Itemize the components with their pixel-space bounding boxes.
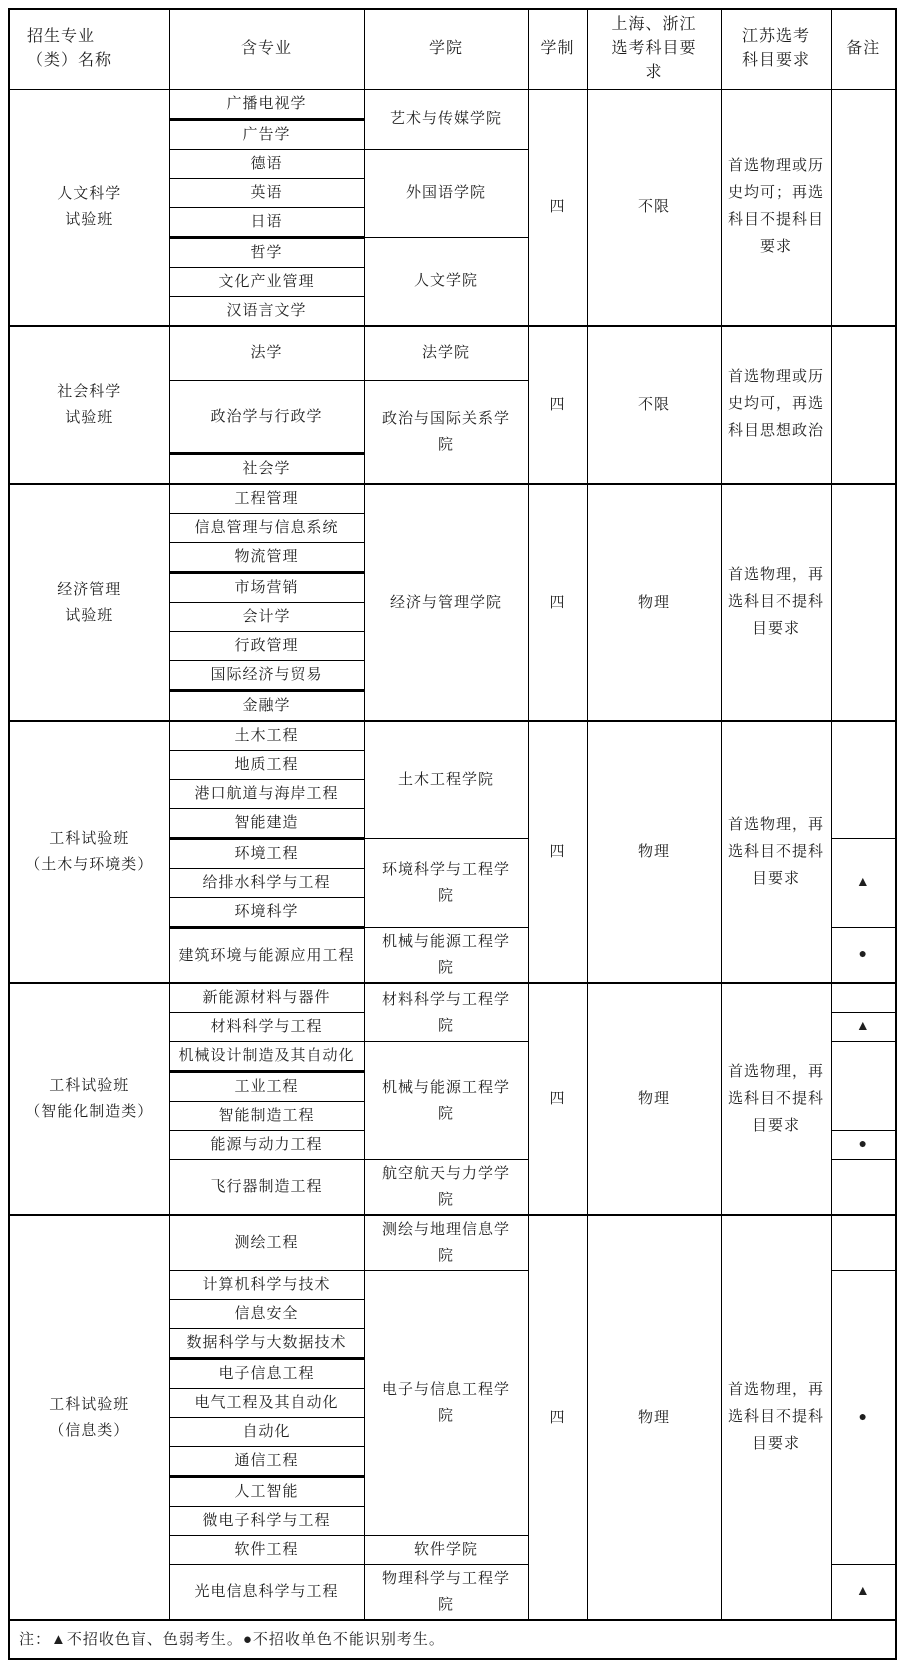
major-cell: 信息安全 [169, 1300, 364, 1329]
college-cell: 经济与管理学院 [364, 484, 528, 721]
duration-cell: 四 [528, 484, 587, 721]
js-subject-cell: 首选物理或历 史均可；再选 科目不提科目 要求 [721, 89, 831, 326]
major-cell: 电气工程及其自动化 [169, 1389, 364, 1418]
college-cell: 软件学院 [364, 1536, 528, 1565]
major-cell: 人工智能 [169, 1477, 364, 1507]
remark-cell [831, 983, 896, 1013]
major-cell: 信息管理与信息系统 [169, 514, 364, 543]
shzj-subject-cell: 不限 [587, 89, 721, 326]
category-cell: 社会科学 试验班 [9, 326, 169, 485]
major-cell: 土木工程 [169, 721, 364, 751]
major-row: 经济管理 试验班 工程管理 经济与管理学院 四 物理 首选物理，再 选科目不提科… [9, 484, 896, 514]
js-subject-cell: 首选物理，再 选科目不提科 目要求 [721, 484, 831, 721]
major-cell: 自动化 [169, 1418, 364, 1447]
major-cell: 建筑环境与能源应用工程 [169, 928, 364, 984]
header-col-js-subjects: 江苏选考 科目要求 [721, 9, 831, 89]
major-cell: 文化产业管理 [169, 267, 364, 296]
major-cell: 环境工程 [169, 839, 364, 869]
major-cell: 能源与动力工程 [169, 1131, 364, 1160]
header-col-majors: 含专业 [169, 9, 364, 89]
college-cell: 机械与能源工程学 院 [364, 928, 528, 984]
major-cell: 金融学 [169, 691, 364, 722]
remark-cell [831, 89, 896, 326]
remark-cell: ▲ [831, 1013, 896, 1042]
major-cell: 地质工程 [169, 751, 364, 780]
remark-cell [831, 1215, 896, 1271]
js-subject-cell: 首选物理，再 选科目不提科 目要求 [721, 721, 831, 983]
college-cell: 法学院 [364, 326, 528, 381]
major-cell: 广播电视学 [169, 89, 364, 119]
category-cell: 工科试验班 （信息类） [9, 1215, 169, 1620]
major-cell: 工业工程 [169, 1072, 364, 1102]
major-row: 人文科学 试验班 广播电视学 艺术与传媒学院 四 不限 首选物理或历 史均可；再… [9, 89, 896, 119]
major-row: 工科试验班 （智能化制造类） 新能源材料与器件 材料科学与工程学 院 四 物理 … [9, 983, 896, 1013]
major-cell: 物流管理 [169, 543, 364, 573]
duration-cell: 四 [528, 1215, 587, 1620]
major-cell: 社会学 [169, 454, 364, 485]
college-cell: 人文学院 [364, 237, 528, 326]
college-cell: 测绘与地理信息学 院 [364, 1215, 528, 1271]
college-cell: 外国语学院 [364, 149, 528, 237]
major-cell: 日语 [169, 207, 364, 237]
college-cell: 政治与国际关系学 院 [364, 381, 528, 485]
header-row: 招生专业 （类）名称 含专业 学院 学制 上海、浙江 选考科目要 求 江苏选考 … [9, 9, 896, 89]
duration-cell: 四 [528, 721, 587, 983]
major-cell: 电子信息工程 [169, 1359, 364, 1389]
major-cell: 港口航道与海岸工程 [169, 780, 364, 809]
major-cell: 法学 [169, 326, 364, 381]
major-row: 工科试验班 （土木与环境类） 土木工程 土木工程学院 四 物理 首选物理，再 选… [9, 721, 896, 751]
college-cell: 机械与能源工程学 院 [364, 1042, 528, 1160]
major-cell: 智能建造 [169, 809, 364, 839]
major-cell: 通信工程 [169, 1447, 364, 1477]
remark-cell: ▲ [831, 1565, 896, 1621]
footnote: 注：▲不招收色盲、色弱考生。●不招收单色不能识别考生。 [9, 1620, 896, 1659]
major-cell: 机械设计制造及其自动化 [169, 1042, 364, 1072]
shzj-subject-cell: 物理 [587, 484, 721, 721]
js-subject-cell: 首选物理，再 选科目不提科 目要求 [721, 1215, 831, 1620]
major-cell: 飞行器制造工程 [169, 1160, 364, 1216]
remark-cell [831, 1042, 896, 1131]
major-cell: 英语 [169, 178, 364, 207]
college-cell: 土木工程学院 [364, 721, 528, 839]
duration-cell: 四 [528, 89, 587, 326]
college-cell: 电子与信息工程学 院 [364, 1271, 528, 1536]
college-cell: 物理科学与工程学 院 [364, 1565, 528, 1621]
major-cell: 给排水科学与工程 [169, 869, 364, 898]
remark-cell [831, 326, 896, 485]
major-cell: 政治学与行政学 [169, 381, 364, 454]
major-row: 工科试验班 （信息类） 测绘工程 测绘与地理信息学 院 四 物理 首选物理，再 … [9, 1215, 896, 1271]
header-col-duration: 学制 [528, 9, 587, 89]
footnote-row: 注：▲不招收色盲、色弱考生。●不招收单色不能识别考生。 [9, 1620, 896, 1659]
js-subject-cell: 首选物理，再 选科目不提科 目要求 [721, 983, 831, 1215]
remark-cell: ● [831, 928, 896, 984]
major-cell: 环境科学 [169, 898, 364, 928]
major-cell: 光电信息科学与工程 [169, 1565, 364, 1621]
admissions-table: 招生专业 （类）名称 含专业 学院 学制 上海、浙江 选考科目要 求 江苏选考 … [8, 8, 897, 1660]
major-cell: 微电子科学与工程 [169, 1507, 364, 1536]
major-cell: 汉语言文学 [169, 296, 364, 326]
major-cell: 工程管理 [169, 484, 364, 514]
major-row: 社会科学 试验班 法学 法学院 四 不限 首选物理或历 史均可，再选 科目思想政… [9, 326, 896, 381]
major-cell: 新能源材料与器件 [169, 983, 364, 1013]
remark-cell: ● [831, 1131, 896, 1160]
major-cell: 国际经济与贸易 [169, 661, 364, 691]
major-cell: 行政管理 [169, 632, 364, 661]
college-cell: 航空航天与力学学 院 [364, 1160, 528, 1216]
category-cell: 经济管理 试验班 [9, 484, 169, 721]
header-col-remark: 备注 [831, 9, 896, 89]
remark-cell [831, 1160, 896, 1216]
category-cell: 工科试验班 （土木与环境类） [9, 721, 169, 983]
duration-cell: 四 [528, 326, 587, 485]
header-col-college: 学院 [364, 9, 528, 89]
js-subject-cell: 首选物理或历 史均可，再选 科目思想政治 [721, 326, 831, 485]
header-col-shzj-subjects: 上海、浙江 选考科目要 求 [587, 9, 721, 89]
major-cell: 德语 [169, 149, 364, 178]
category-cell: 人文科学 试验班 [9, 89, 169, 326]
shzj-subject-cell: 物理 [587, 983, 721, 1215]
major-cell: 市场营销 [169, 573, 364, 603]
major-cell: 智能制造工程 [169, 1102, 364, 1131]
major-cell: 哲学 [169, 237, 364, 267]
shzj-subject-cell: 物理 [587, 1215, 721, 1620]
remark-cell [831, 484, 896, 721]
college-cell: 艺术与传媒学院 [364, 89, 528, 149]
duration-cell: 四 [528, 983, 587, 1215]
remark-cell: ▲ [831, 839, 896, 928]
major-cell: 会计学 [169, 603, 364, 632]
major-cell: 材料科学与工程 [169, 1013, 364, 1042]
remark-cell: ● [831, 1271, 896, 1565]
category-cell: 工科试验班 （智能化制造类） [9, 983, 169, 1215]
major-cell: 广告学 [169, 119, 364, 149]
major-cell: 计算机科学与技术 [169, 1271, 364, 1300]
major-cell: 测绘工程 [169, 1215, 364, 1271]
admissions-table-page: 招生专业 （类）名称 含专业 学院 学制 上海、浙江 选考科目要 求 江苏选考 … [8, 8, 897, 1660]
header-col-category: 招生专业 （类）名称 [9, 9, 169, 89]
major-cell: 软件工程 [169, 1536, 364, 1565]
shzj-subject-cell: 物理 [587, 721, 721, 983]
shzj-subject-cell: 不限 [587, 326, 721, 485]
remark-cell [831, 721, 896, 839]
major-cell: 数据科学与大数据技术 [169, 1329, 364, 1359]
college-cell: 材料科学与工程学 院 [364, 983, 528, 1042]
college-cell: 环境科学与工程学 院 [364, 839, 528, 928]
